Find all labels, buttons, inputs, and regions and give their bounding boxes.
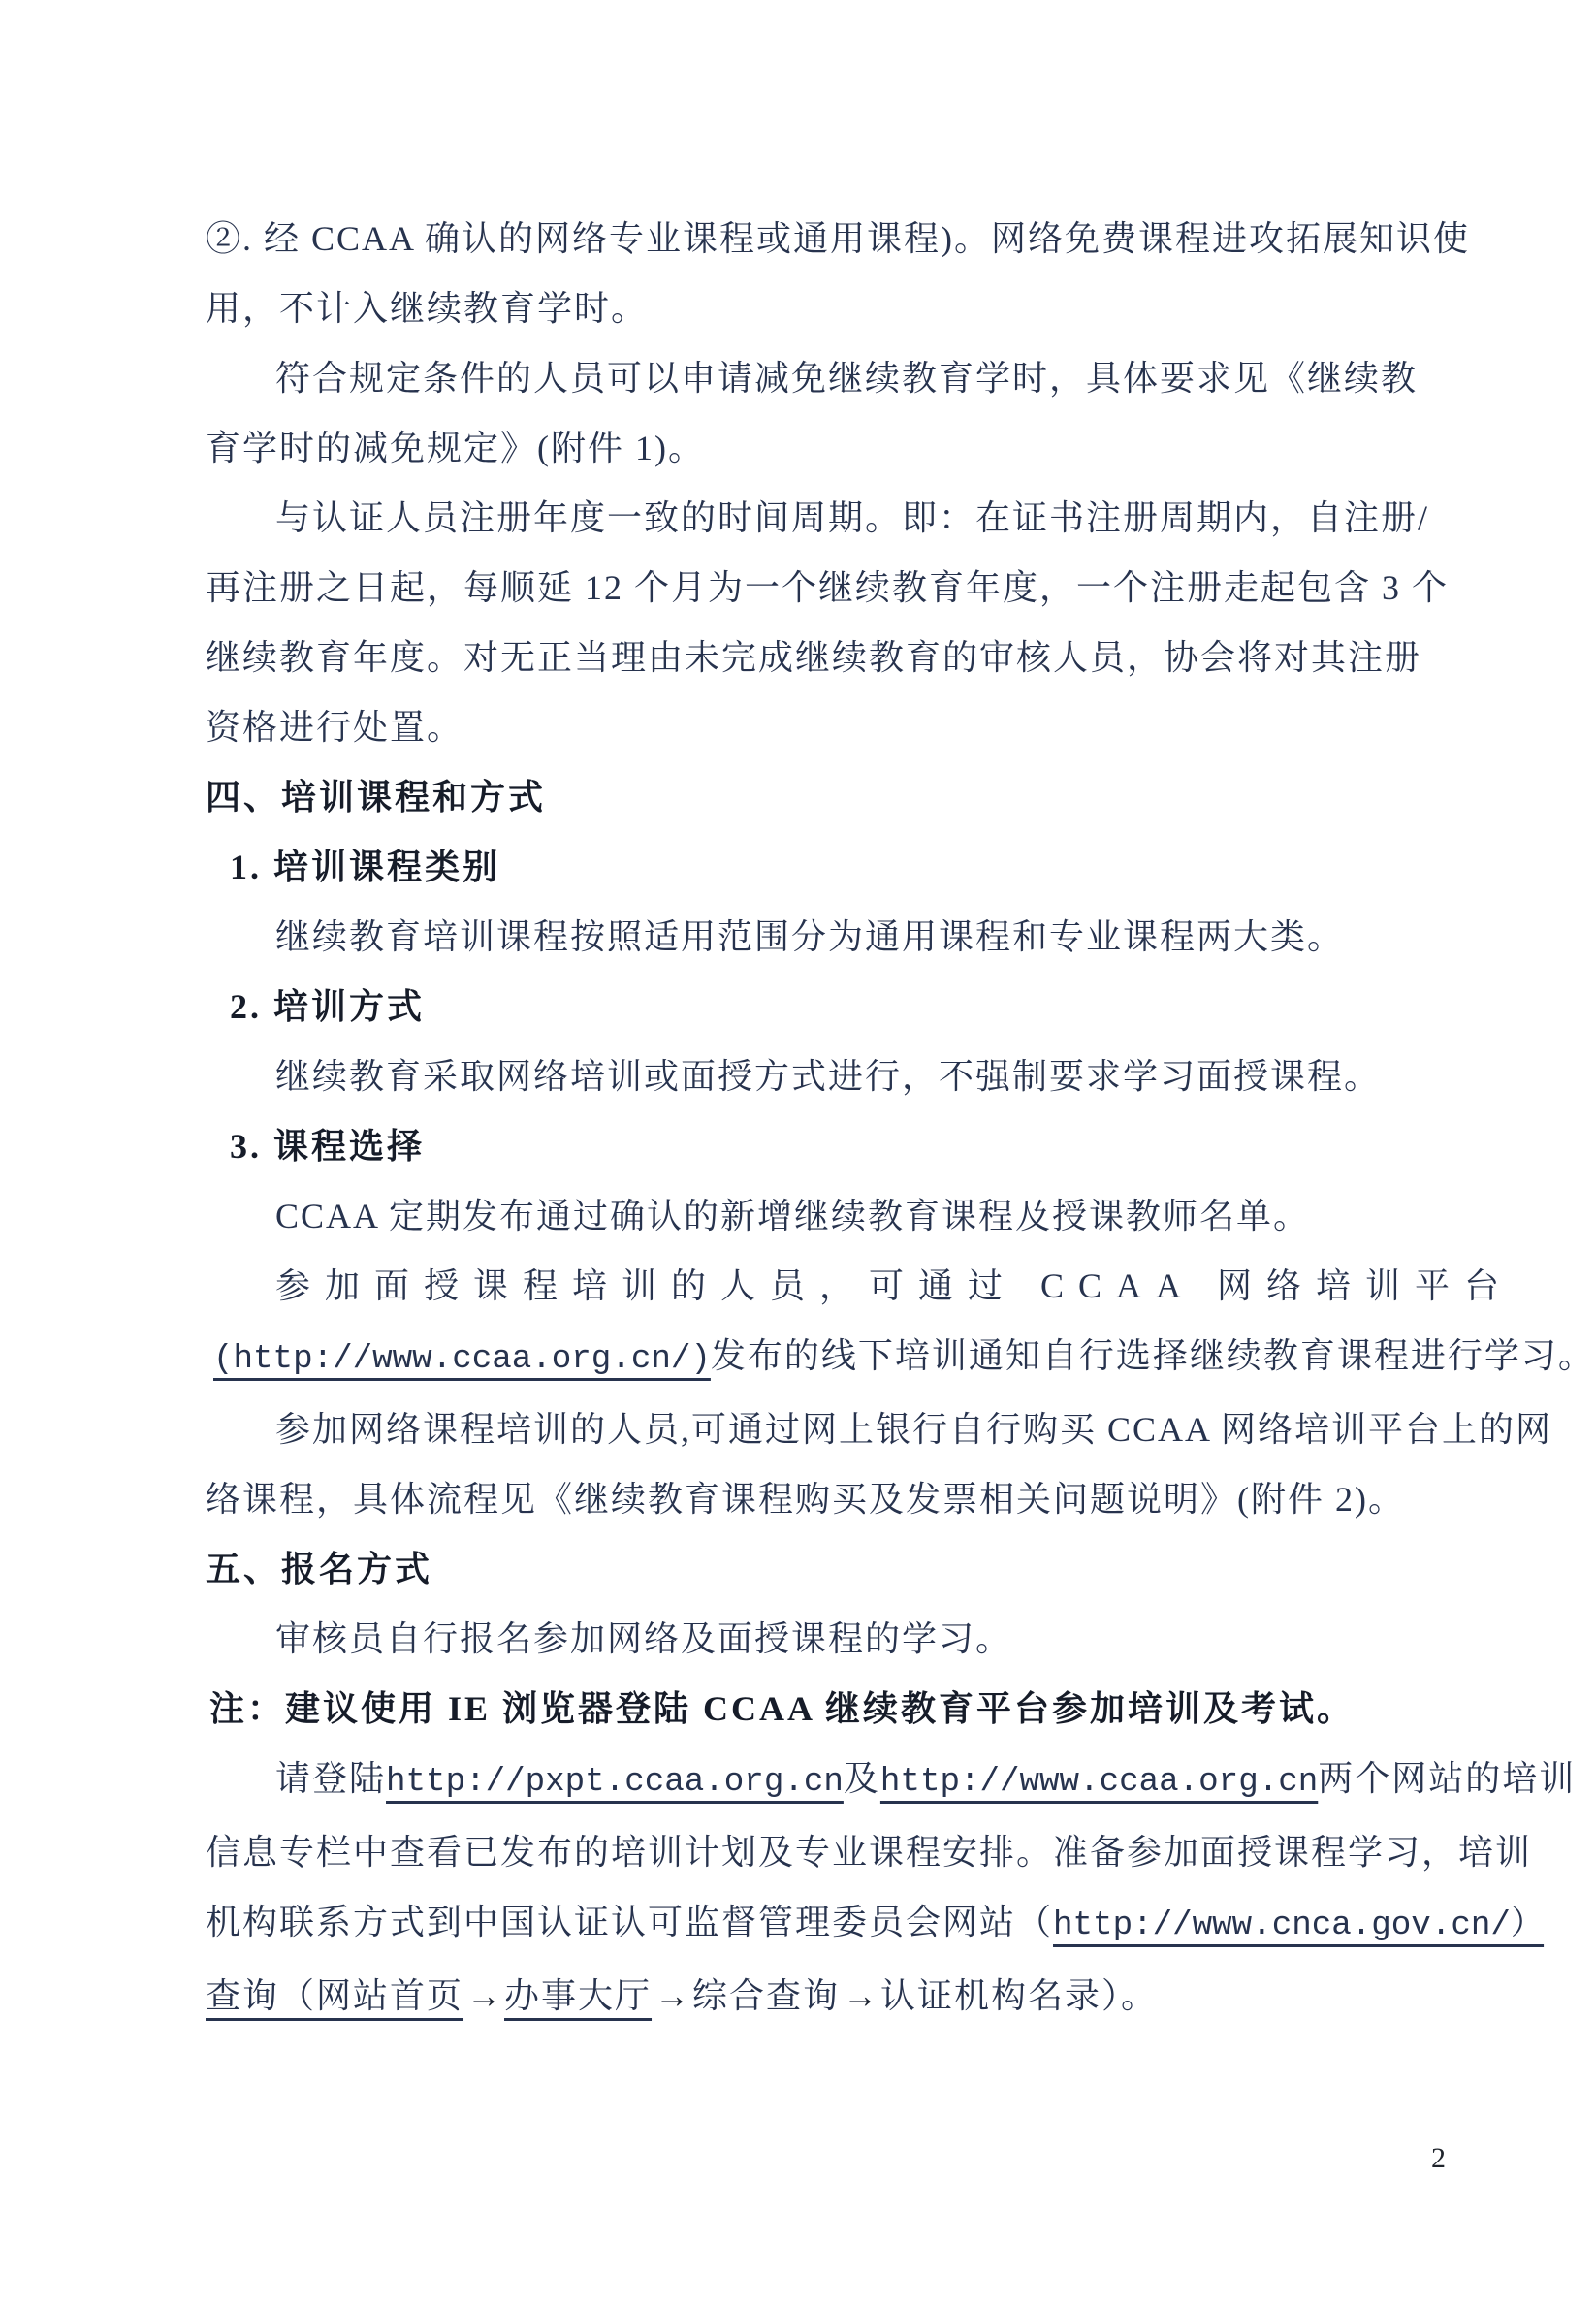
paragraph-line: 资格进行处置。	[206, 692, 1452, 762]
text-segment: 五、报名方式	[206, 1550, 432, 1588]
paragraph-line: 育学时的减免规定》(附件 1)。	[206, 413, 1452, 483]
text-segment: 用，不计入继续教育学时。	[206, 289, 648, 328]
paragraph-line: 审核员自行报名参加网络及面授课程的学习。	[206, 1604, 1452, 1674]
text-segment: 信息专栏中查看已发布的培训计划及专业课程安排。准备参加面授课程学习，培训	[206, 1833, 1532, 1872]
subheading-1-course-categories: 1. 培训课程类别	[206, 832, 1452, 902]
subheading-3-course-selection: 3. 课程选择	[206, 1111, 1452, 1181]
text-segment: 资格进行处置。	[206, 708, 463, 747]
text-segment: 综合查询	[692, 1976, 840, 2015]
subheading-2-training-method: 2. 培训方式	[206, 972, 1452, 1041]
paragraph-line: 请登陆http://pxpt.ccaa.org.cn及http://www.cc…	[206, 1744, 1452, 1817]
text-segment: 育学时的减免规定》(附件 1)。	[206, 429, 705, 467]
paragraph-line: 符合规定条件的人员可以申请减免继续教育学时，具体要求见《继续教	[206, 343, 1452, 413]
arrow-right-icon: →	[463, 1976, 504, 2015]
text-segment: 及	[844, 1759, 880, 1798]
text-segment: 认证机构名录）。	[880, 1976, 1158, 2015]
text-segment: 3. 课程选择	[230, 1127, 425, 1166]
paragraph-line: 与认证人员注册年度一致的时间周期。即：在证书注册周期内，自注册/	[206, 483, 1452, 553]
text-segment: 继续教育年度。对无正当理由未完成继续教育的审核人员，协会将对其注册	[206, 638, 1421, 677]
text-segment: ②. 经 CCAA 确认的网络专业课程或通用课程)。网络免费课程进攻拓展知识使	[206, 219, 1470, 258]
url-link[interactable]: http://www.cnca.gov.cn/）	[1053, 1907, 1544, 1944]
text-segment: 络课程，具体流程见《继续教育课程购买及发票相关问题说明》(附件 2)。	[206, 1480, 1405, 1519]
paragraph-line: (http://www.ccaa.org.cn/)发布的线下培训通知自行选择继续…	[206, 1321, 1452, 1394]
document-body: ②. 经 CCAA 确认的网络专业课程或通用课程)。网络免费课程进攻拓展知识使用…	[206, 204, 1452, 2031]
text-segment: 四、培训课程和方式	[206, 778, 546, 817]
text-segment: 两个网站的培训	[1318, 1759, 1576, 1798]
text-segment: 请登陆	[275, 1759, 386, 1798]
paragraph-line: 机构联系方式到中国认证认可监督管理委员会网站（http://www.cnca.g…	[206, 1887, 1452, 1961]
arrow-right-icon: →	[840, 1976, 880, 2015]
text-segment: 2. 培训方式	[230, 987, 425, 1026]
section-heading-4: 四、培训课程和方式	[206, 762, 1452, 832]
page-number: 2	[1431, 2139, 1446, 2178]
text-segment: 机构联系方式到中国认证认可监督管理委员会网站（	[206, 1903, 1053, 1941]
text-segment: 1. 培训课程类别	[230, 848, 500, 886]
text-segment: 再注册之日起，每顺延 12 个月为一个继续教育年度，一个注册走起包含 3 个	[206, 568, 1449, 607]
url-link[interactable]: http://pxpt.ccaa.org.cn	[386, 1764, 844, 1801]
section-heading-5: 五、报名方式	[206, 1534, 1452, 1604]
text-segment: 继续教育培训课程按照适用范围分为通用课程和专业课程两大类。	[275, 917, 1344, 956]
text-segment: 与认证人员注册年度一致的时间周期。即：在证书注册周期内，自注册/	[275, 498, 1429, 537]
paragraph-line: 继续教育培训课程按照适用范围分为通用课程和专业课程两大类。	[206, 902, 1452, 972]
paragraph-line: 继续教育采取网络培训或面授方式进行，不强制要求学习面授课程。	[206, 1041, 1452, 1111]
text-segment: 审核员自行报名参加网络及面授课程的学习。	[275, 1619, 1012, 1658]
paragraph-line: ②. 经 CCAA 确认的网络专业课程或通用课程)。网络免费课程进攻拓展知识使	[206, 204, 1452, 273]
url-link[interactable]: http://www.ccaa.org.cn	[880, 1764, 1318, 1801]
paragraph-line: 参加面授课程培训的人员，可通过 CCAA 网络培训平台	[206, 1251, 1452, 1321]
paragraph-line: 信息专栏中查看已发布的培训计划及专业课程安排。准备参加面授课程学习，培训	[206, 1817, 1452, 1887]
paragraph-line: 继续教育年度。对无正当理由未完成继续教育的审核人员，协会将对其注册	[206, 623, 1452, 692]
text-segment: 参加网络课程培训的人员,可通过网上银行自行购买 CCAA 网络培训平台上的网	[275, 1410, 1552, 1449]
paragraph-line: 再注册之日起，每顺延 12 个月为一个继续教育年度，一个注册走起包含 3 个	[206, 553, 1452, 623]
paragraph-line: 络课程，具体流程见《继续教育课程购买及发票相关问题说明》(附件 2)。	[206, 1464, 1452, 1534]
paragraph-line: 查询（网站首页→办事大厅→综合查询→认证机构名录）。	[206, 1961, 1452, 2031]
paragraph-line: CCAA 定期发布通过确认的新增继续教育课程及授课教师名单。	[206, 1181, 1452, 1251]
note-line: 注：建议使用 IE 浏览器登陆 CCAA 继续教育平台参加培训及考试。	[206, 1674, 1452, 1744]
text-segment: 注：建议使用 IE 浏览器登陆 CCAA 继续教育平台参加培训及考试。	[209, 1689, 1355, 1728]
text-segment: 发布的线下培训通知自行选择继续教育课程进行学习。	[711, 1336, 1595, 1375]
text-segment: CCAA 定期发布通过确认的新增继续教育课程及授课教师名单。	[275, 1197, 1310, 1235]
text-segment: 参加面授课程培训的人员，可通过 CCAA 网络培训平台	[275, 1266, 1514, 1305]
paragraph-line: 参加网络课程培训的人员,可通过网上银行自行购买 CCAA 网络培训平台上的网	[206, 1394, 1452, 1464]
text-segment: 办事大厅	[504, 1976, 652, 2015]
text-segment: 符合规定条件的人员可以申请减免继续教育学时，具体要求见《继续教	[275, 359, 1418, 398]
text-segment: 继续教育采取网络培训或面授方式进行，不强制要求学习面授课程。	[275, 1057, 1381, 1096]
document-page: ②. 经 CCAA 确认的网络专业课程或通用课程)。网络免费课程进攻拓展知识使用…	[0, 0, 1596, 2306]
paragraph-line: 用，不计入继续教育学时。	[206, 273, 1452, 343]
arrow-right-icon: →	[652, 1976, 692, 2015]
url-link[interactable]: (http://www.ccaa.org.cn/)	[213, 1341, 711, 1378]
text-segment: 查询（网站首页	[206, 1976, 463, 2015]
